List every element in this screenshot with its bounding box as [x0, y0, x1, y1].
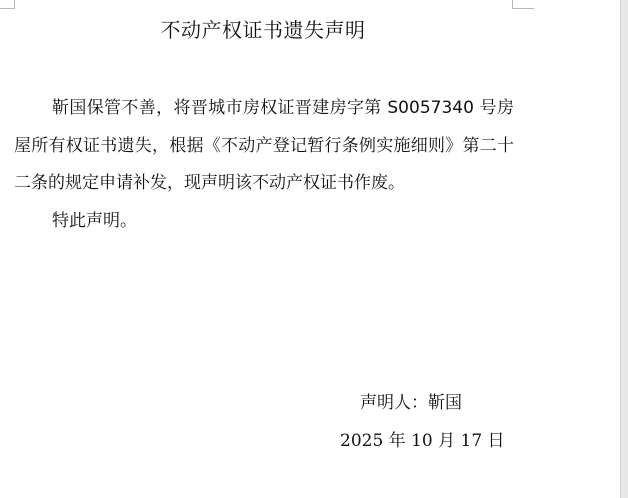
crop-mark-top-left	[14, 0, 15, 8]
document-title: 不动产权证书遗失声明	[0, 14, 526, 43]
document-body: 靳国保管不善，将晋城市房权证晋建房字第 S0057340 号房屋所有权证书遗失，…	[14, 90, 514, 240]
document-page: 不动产权证书遗失声明 靳国保管不善，将晋城市房权证晋建房字第 S0057340 …	[0, 0, 621, 498]
date-line: 2025 年 10 月 17 日	[340, 426, 505, 451]
crop-mark-top-right	[512, 8, 534, 9]
signature-line: 声明人：靳国	[360, 388, 462, 413]
paragraph-main: 靳国保管不善，将晋城市房权证晋建房字第 S0057340 号房屋所有权证书遗失，…	[14, 90, 514, 203]
crop-mark-top-left	[0, 8, 15, 9]
crop-mark-top-right	[512, 0, 513, 8]
paragraph-closing: 特此声明。	[14, 203, 514, 241]
